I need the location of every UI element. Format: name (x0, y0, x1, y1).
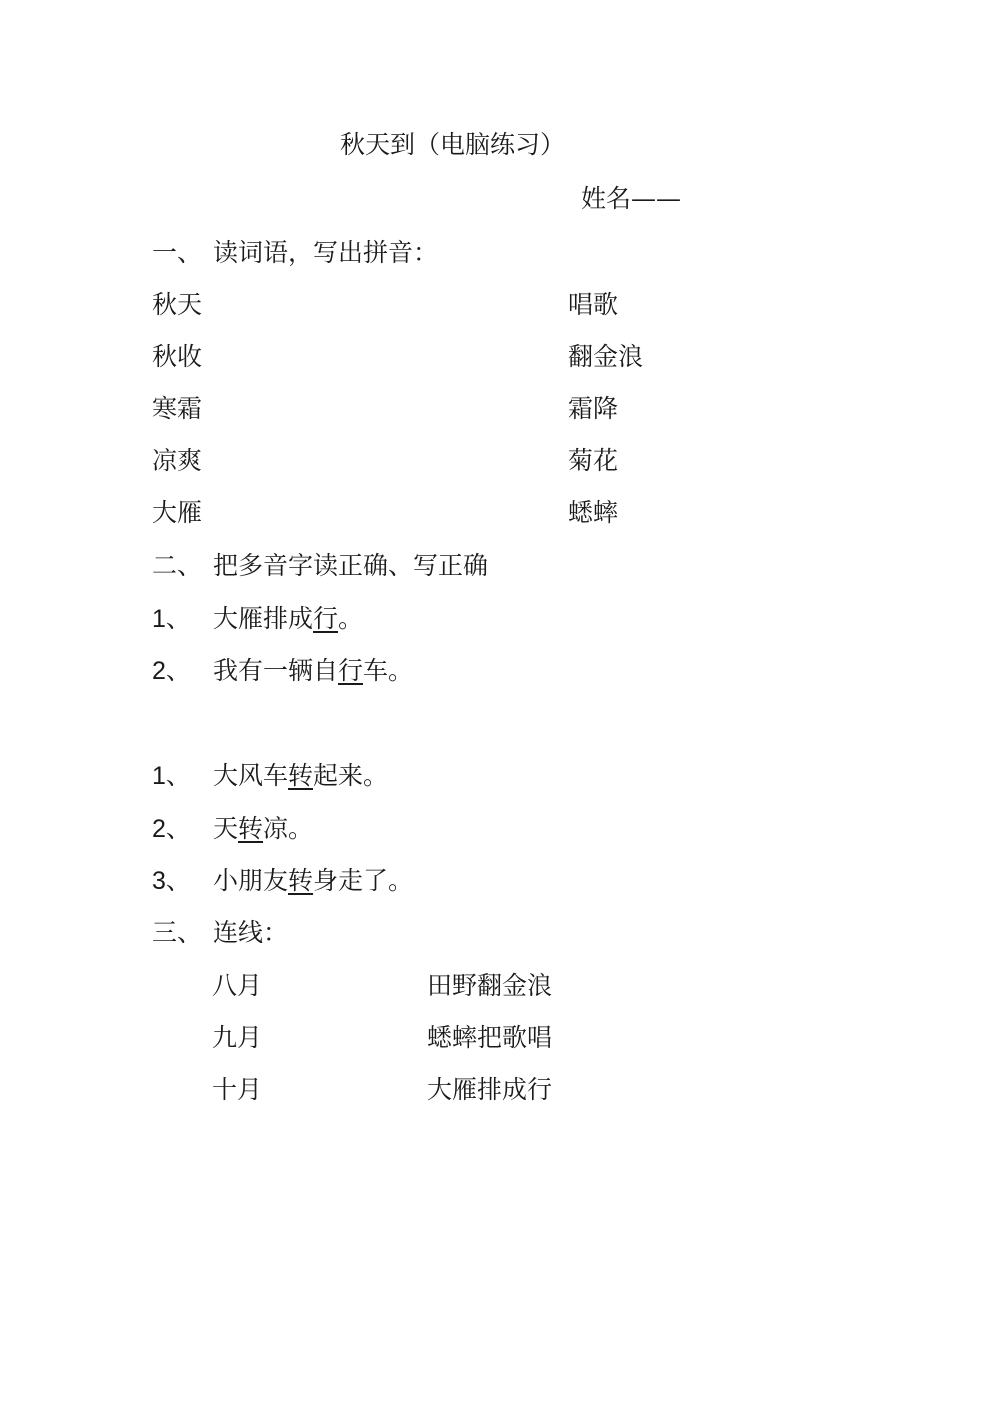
word-item: 大雁 (152, 498, 202, 528)
sentence-text: 小朋友 (213, 866, 288, 895)
word-item: 秋天 (152, 290, 202, 320)
sentence-text: 天 (213, 814, 238, 843)
sentence-text: 身走了。 (313, 866, 413, 895)
section2-heading: 二、把多音字读正确、写正确 (152, 551, 488, 581)
sentence-text: 起来。 (313, 761, 388, 790)
sentence-item: 2、我有一辆自行车。 (152, 656, 413, 686)
section3-heading: 三、连线： (152, 918, 288, 948)
section2-title: 把多音字读正确、写正确 (213, 551, 488, 580)
section1-title: 读词语，写出拼音： (213, 238, 438, 267)
word-item: 秋收 (152, 342, 202, 372)
sentence-number: 2、 (152, 814, 213, 844)
sentence-number: 3、 (152, 866, 213, 896)
match-month: 九月 (212, 1023, 262, 1053)
sentence-number: 1、 (152, 761, 213, 791)
section3-number: 三、 (152, 918, 213, 948)
sentence-text: 。 (338, 604, 363, 633)
document-title: 秋天到（电脑练习） (340, 130, 565, 160)
worksheet-page: 秋天到（电脑练习） 姓名—— 一、读词语，写出拼音： 秋天 唱歌 秋收 翻金浪 … (0, 0, 1000, 1413)
polyphonic-char: 转 (238, 814, 263, 843)
sentence-number: 2、 (152, 656, 213, 686)
sentence-item: 3、小朋友转身走了。 (152, 866, 413, 896)
sentence-item: 2、天转凉。 (152, 814, 313, 844)
sentence-item: 1、大风车转起来。 (152, 761, 388, 791)
match-phrase: 大雁排成行 (427, 1075, 552, 1105)
sentence-text: 凉。 (263, 814, 313, 843)
match-phrase: 蟋蟀把歌唱 (427, 1023, 552, 1053)
polyphonic-char: 转 (288, 761, 313, 790)
polyphonic-char: 行 (313, 604, 338, 633)
word-item: 寒霜 (152, 394, 202, 424)
word-item: 霜降 (568, 394, 618, 424)
match-phrase: 田野翻金浪 (427, 971, 552, 1001)
sentence-text: 大风车 (213, 761, 288, 790)
sentence-number: 1、 (152, 604, 213, 634)
sentence-text: 我有一辆自 (213, 656, 338, 685)
name-field-label: 姓名—— (581, 184, 681, 214)
match-month: 十月 (212, 1075, 262, 1105)
section1-number: 一、 (152, 238, 213, 268)
word-item: 凉爽 (152, 446, 202, 476)
word-item: 唱歌 (568, 290, 618, 320)
section2-number: 二、 (152, 551, 213, 581)
match-month: 八月 (212, 971, 262, 1001)
word-item: 蟋蟀 (568, 498, 618, 528)
sentence-item: 1、大雁排成行。 (152, 604, 363, 634)
sentence-text: 车。 (363, 656, 413, 685)
word-item: 菊花 (568, 446, 618, 476)
section3-title: 连线： (213, 918, 288, 947)
polyphonic-char: 行 (338, 656, 363, 685)
word-item: 翻金浪 (568, 342, 643, 372)
sentence-text: 大雁排成 (213, 604, 313, 633)
polyphonic-char: 转 (288, 866, 313, 895)
section1-heading: 一、读词语，写出拼音： (152, 238, 438, 268)
